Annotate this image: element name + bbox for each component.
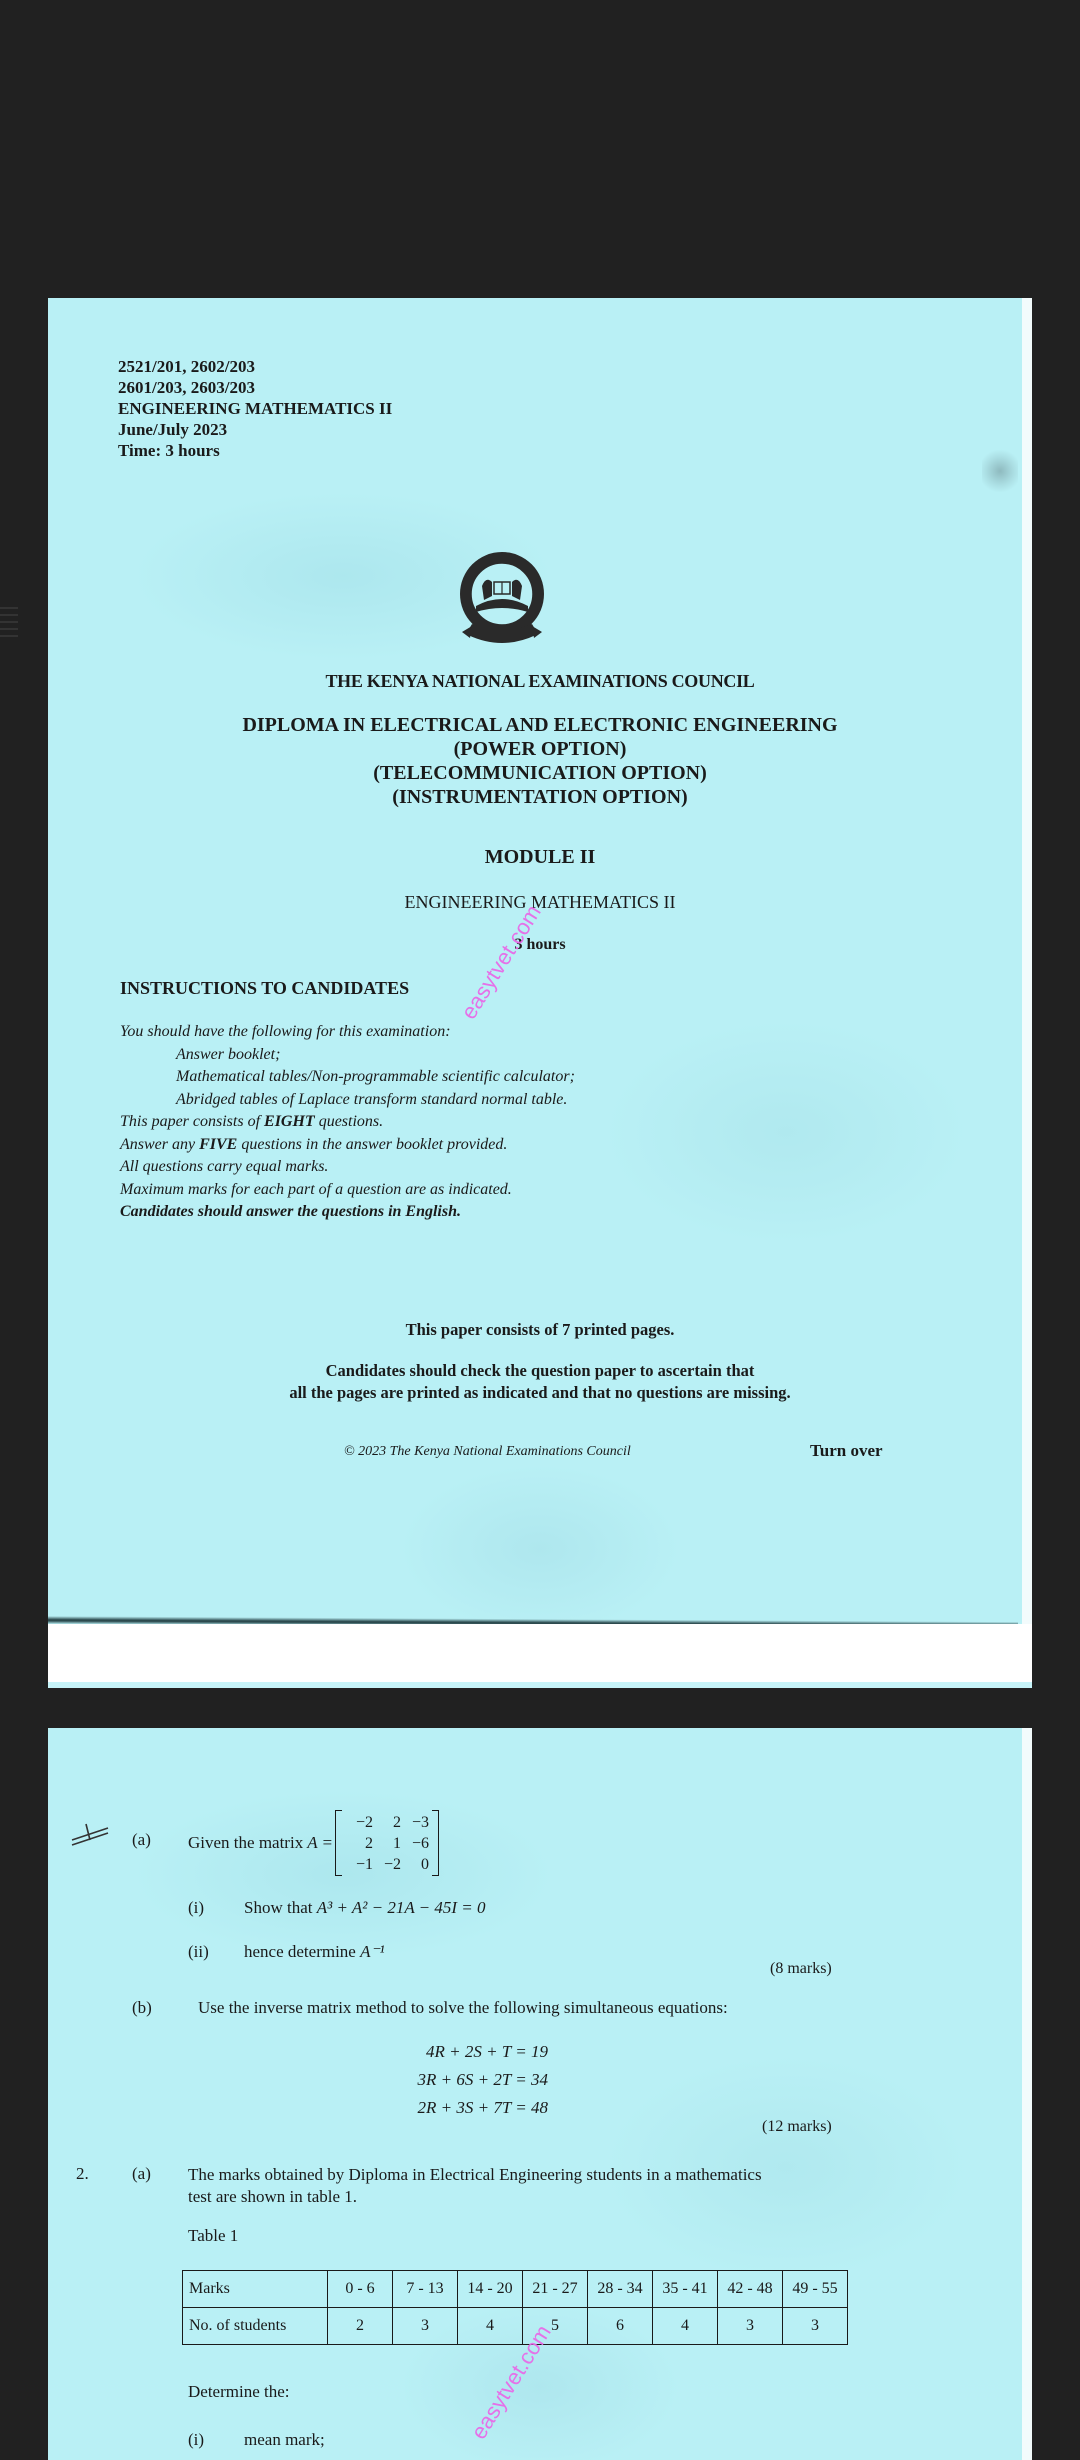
page-marker-icon [0,602,20,658]
table-cell-marks-range: 7 - 13 [393,2271,458,2308]
scan-margin [48,1624,1032,1688]
council-name: THE KENYA NATIONAL EXAMINATIONS COUNCIL [48,671,1032,692]
check-note-line: all the pages are printed as indicated a… [48,1382,1032,1404]
q2-a-i-label: (i) [188,2430,204,2450]
q1-part-a-stem: Given the matrix A = −22−321−6−1−20 [188,1810,439,1876]
instructions-list: You should have the following for this e… [120,1021,575,1224]
table-row-students: No. of students 23456433 [183,2308,848,2345]
watermark: easytvet.com [456,900,547,1024]
q1-a-marks: (8 marks) [770,1960,832,1978]
equal-marks-note: All questions carry equal marks. [120,1156,575,1179]
instructions-item: Mathematical tables/Non-programmable sci… [120,1066,575,1089]
row-header: No. of students [183,2308,328,2345]
text: questions. [315,1113,383,1130]
q1-a-i-label: (i) [188,1898,204,1918]
knec-crest-icon [452,548,552,660]
q1-a-ii-text: hence determine A⁻¹ [244,1942,385,1962]
q1-a-text: Given the matrix [188,1833,303,1853]
equation: 3R + 6S + 2T = 34 [378,2066,548,2094]
diploma-option-telecom: (TELECOMMUNICATION OPTION) [48,761,1032,785]
instructions-item: Abridged tables of Laplace transform sta… [120,1089,575,1112]
diploma-line: DIPLOMA IN ELECTRICAL AND ELECTRONIC ENG… [48,713,1032,737]
matrix-grid: −22−321−6−1−20 [342,1812,432,1875]
q1-a-ii-label: (ii) [188,1942,209,1962]
matrix-cell: −2 [373,1854,401,1875]
text: Answer any [120,1136,199,1153]
diploma-option-instrumentation: (INSTRUMENTATION OPTION) [48,785,1032,809]
table-cell-student-count: 3 [393,2308,458,2345]
text: Show that [244,1898,317,1917]
table-cell-student-count: 3 [783,2308,848,2345]
table-cell-marks-range: 42 - 48 [718,2271,783,2308]
simultaneous-equations: 4R + 2S + T = 19 3R + 6S + 2T = 34 2R + … [378,2038,548,2122]
table-cell-student-count: 6 [588,2308,653,2345]
equation: 2R + 3S + 7T = 48 [378,2094,548,2122]
table-cell-marks-range: 28 - 34 [588,2271,653,2308]
handwritten-strike-icon [70,1820,110,1846]
matrix-cell: 1 [373,1833,401,1854]
table-cell-student-count: 2 [328,2308,393,2345]
duration: 3 hours [48,936,1032,954]
row-header: Marks [183,2271,328,2308]
module-title: MODULE II [48,846,1032,869]
time-allowed: Time: 3 hours [118,440,392,461]
copyright: © 2023 The Kenya National Examinations C… [344,1444,631,1460]
q2-part-a-text: The marks obtained by Diploma in Electri… [188,2164,762,2208]
subject-header: ENGINEERING MATHEMATICS II [118,398,392,419]
q1-part-b-label: (b) [132,1998,152,2018]
table-cell-marks-range: 0 - 6 [328,2271,393,2308]
table-cell-marks-range: 49 - 55 [783,2271,848,2308]
page-edge [1022,298,1032,1688]
bracket-left [335,1810,342,1876]
table-cell-marks-range: 21 - 27 [523,2271,588,2308]
instructions-intro: You should have the following for this e… [120,1021,575,1044]
diploma-option-power: (POWER OPTION) [48,737,1032,761]
table-cell-student-count: 3 [718,2308,783,2345]
paper-codes-line-2: 2601/203, 2603/203 [118,377,392,398]
matrix-name: A = [307,1833,333,1853]
answer-count-note: Answer any FIVE questions in the answer … [120,1134,575,1157]
language-note: Candidates should answer the questions i… [120,1201,575,1224]
equation: A⁻¹ [360,1942,384,1961]
question-count: EIGHT [264,1113,315,1130]
check-note-line: Candidates should check the question pap… [48,1360,1032,1382]
q2-part-a-label: (a) [132,2164,151,2184]
table-caption: Table 1 [188,2226,238,2246]
bracket-right [432,1810,439,1876]
paper-codes-line-1: 2521/201, 2602/203 [118,356,392,377]
table-row-marks: Marks 0 - 67 - 1314 - 2021 - 2728 - 3435… [183,2271,848,2308]
q1-a-i-text: Show that A³ + A² − 21A − 45I = 0 [244,1898,486,1918]
frequency-table: Marks 0 - 67 - 1314 - 2021 - 2728 - 3435… [182,2270,848,2345]
question-page: (a) Given the matrix A = −22−321−6−1−20 … [48,1728,1032,2460]
table-cell-student-count: 4 [653,2308,718,2345]
table-cell-marks-range: 14 - 20 [458,2271,523,2308]
matrix-cell: −2 [345,1812,373,1833]
check-note: Candidates should check the question pap… [48,1360,1032,1404]
cover-page: 2521/201, 2602/203 2601/203, 2603/203 EN… [48,298,1032,1688]
session: June/July 2023 [118,419,392,440]
table-cell-student-count: 4 [458,2308,523,2345]
matrix-cell: −1 [345,1854,373,1875]
matrix-cell: 2 [345,1833,373,1854]
text-line: The marks obtained by Diploma in Electri… [188,2164,762,2186]
equation: A³ + A² − 21A − 45I = 0 [317,1898,486,1917]
instructions-item: Answer booklet; [120,1044,575,1067]
marks-table: Marks 0 - 67 - 1314 - 2021 - 2728 - 3435… [182,2270,848,2345]
matrix-a: −22−321−6−1−20 [335,1810,439,1876]
text-line: test are shown in table 1. [188,2186,762,2208]
q2-a-i-text: mean mark; [244,2430,325,2450]
max-marks-note: Maximum marks for each part of a questio… [120,1179,575,1202]
equation: 4R + 2S + T = 19 [378,2038,548,2066]
turn-over: Turn over [810,1441,883,1461]
page-edge [1022,1728,1032,2460]
q1-part-a-label: (a) [132,1830,151,1850]
text: hence determine [244,1942,360,1961]
text: This paper consists of [120,1113,264,1130]
pages-note: This paper consists of 7 printed pages. [48,1320,1032,1340]
matrix-cell: 0 [401,1854,429,1875]
q2-number: 2. [76,2164,89,2184]
answer-count: FIVE [199,1136,237,1153]
question-count-note: This paper consists of EIGHT questions. [120,1111,575,1134]
q1-part-b-text: Use the inverse matrix method to solve t… [198,1998,728,2018]
matrix-cell: −3 [401,1812,429,1833]
q1-b-marks: (12 marks) [762,2118,832,2136]
scan-smudge [982,446,1018,496]
paper-header: 2521/201, 2602/203 2601/203, 2603/203 EN… [118,356,392,461]
diploma-title: DIPLOMA IN ELECTRICAL AND ELECTRONIC ENG… [48,713,1032,809]
instructions-title: INSTRUCTIONS TO CANDIDATES [120,978,409,999]
table-cell-marks-range: 35 - 41 [653,2271,718,2308]
matrix-cell: 2 [373,1812,401,1833]
determine-prompt: Determine the: [188,2382,290,2402]
text: questions in the answer booklet provided… [237,1136,507,1153]
matrix-cell: −6 [401,1833,429,1854]
